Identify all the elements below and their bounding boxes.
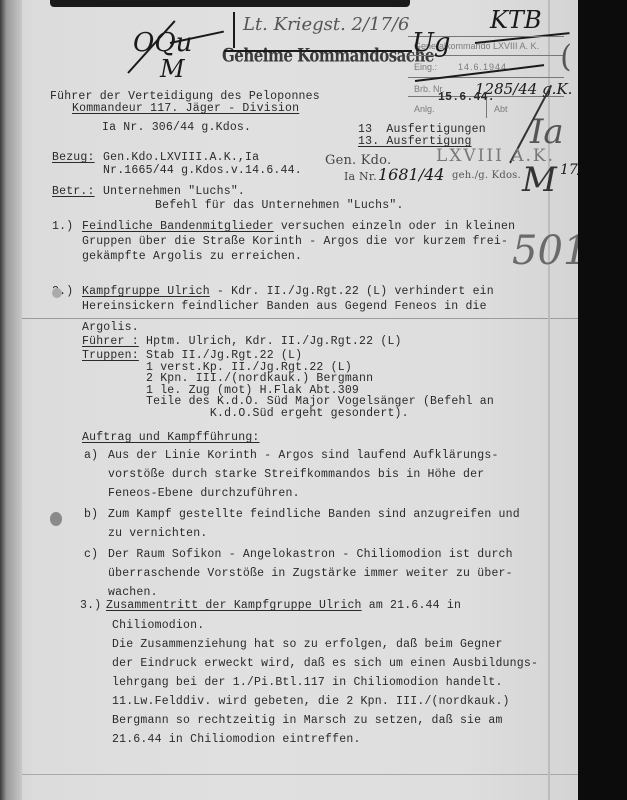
section1-line3: gekämpfte Argolis zu erreichen. [82,251,302,263]
section3-heading: Zusammentritt der Kampfgruppe Ulrich [106,599,362,612]
fold-line-bottom [22,774,578,775]
handwritten-initials: M [522,160,557,200]
auftrag-line: Aus der Linie Korinth - Argos sind laufe… [108,450,499,462]
section3-line: Die Zusammenziehung hat so zu erfolgen, … [112,639,503,651]
auftrag-letter: c) [84,549,98,561]
bezug-line1: Gen.Kdo.LXVIII.A.K.,Ia [103,152,259,164]
handwritten-ktb: KTB [490,6,542,34]
betr-subtitle: Befehl für das Unternehmen "Luchs". [155,200,404,212]
abt-label: Abt [494,104,508,114]
handwritten-date-stamp: 15.6.44. [438,92,495,104]
auftrag-heading: Auftrag und Kampfführung: [82,432,260,444]
page-left-edge [0,0,22,800]
handwritten-ia-number: 1681/44 [378,165,444,184]
truppen-label: Truppen: [82,350,139,362]
section3-line1: Zusammentritt der Kampfgruppe Ulrich am … [106,600,461,612]
bezug-line2: Nr.1665/44 g.Kdos.v.14.6.44. [103,165,302,177]
section2-line1: Kampfgruppe Ulrich - Kdr. II./Jg.Rgt.22 … [82,286,494,298]
betr-text: Unternehmen "Luchs". [103,186,245,198]
section3-line: Chiliomodion. [112,620,204,632]
truppen-item: 2 Kpn. III./(nordkauk.) Bergmann [146,373,373,385]
anlg-label: Anlg. [414,104,435,114]
auftrag-letter: b) [84,509,98,521]
auftrag-line: wachen. [108,587,158,599]
section3-line: 11.Lw.Felddiv. wird gebeten, die 2 Kpn. … [112,696,510,708]
eing-label: Eing.: [414,62,437,72]
handwritten-initial: M [160,55,185,83]
copies-total: 13 Ausfertigungen [358,124,486,136]
ia-nr-label: Ia Nr. [344,171,377,182]
corps-stamp: LXVIII A.K. [436,148,555,165]
section1-heading: Feindliche Bandenmitglieder [82,220,274,233]
auftrag-line: Der Raum Sofikon - Angelokastron - Chili… [108,549,513,561]
classification-stamp: Geheime Kommandosache [222,44,434,67]
punch-hole-mark [50,512,62,526]
ink-blemish [52,288,62,298]
handwritten-sig-date: 17/6 [560,162,578,178]
stamp-strike [224,50,412,52]
betr-label: Betr.: [52,186,95,198]
truppen-item: Stab II./Jg.Rgt.22 (L) [146,350,302,362]
section3-line: 21.6.44 in Chiliomodion eintreffen. [112,734,361,746]
sender-line2: Kommandeur 117. Jäger - Division [72,103,299,115]
section2-line2: Hereinsickern feindlicher Banden aus Geg… [82,301,487,313]
section3-line: lehrgang bei der 1./Pi.Btl.117 in Chilio… [112,677,503,689]
sender-line1: Führer der Verteidigung des Peloponnes [50,91,320,103]
section3-number: 3.) [80,600,101,612]
fold-line [22,318,578,319]
handwritten-kriegst: Lt. Kriegst. 2/17/6 [243,14,409,35]
kdos-suffix: geh./g. Kdos. [452,171,521,181]
fuehrer-label: Führer : [82,336,139,348]
auftrag-line: zu vernichten. [108,528,207,540]
document-page: OQu M Lt. Kriegst. 2/17/6 Geheime Komman… [0,0,578,800]
auftrag-line: vorstöße durch starke Streifkommandos bi… [108,469,484,481]
section1-number: 1.) [52,221,73,233]
truppen-item: Teile des K.d.O. Süd Major Vogelsänger (… [146,396,494,408]
top-shadow-strip [50,0,410,7]
vertical-pen-stroke [233,12,235,48]
section3-line: der Eindruck erweckt wird, daß es sich u… [112,658,538,670]
fuehrer-value: Hptm. Ulrich, Kdr. II./Jg.Rgt.22 (L) [146,336,402,348]
auftrag-line: Zum Kampf gestellte feindliche Banden si… [108,509,520,521]
auftrag-line: überraschende Vorstöße in Zugstärke imme… [108,568,513,580]
section2-heading: Kampfgruppe Ulrich [82,285,210,298]
section3-line: Bergmann so rechtzeitig in Marsch zu set… [112,715,503,727]
bezug-label: Bezug: [52,152,95,164]
sender-ref: Ia Nr. 306/44 g.Kdos. [102,122,251,134]
handwritten-signature: Ug [412,28,451,58]
auftrag-letter: a) [84,450,98,462]
section2-line3: Argolis. [82,322,139,334]
section1-line2: Gruppen über die Straße Korinth - Argos … [82,236,508,248]
handwritten-page-number: 501 [512,228,578,274]
auftrag-line: Feneos-Ebene durchzuführen. [108,488,300,500]
section1-line1: Feindliche Bandenmitglieder versuchen ei… [82,221,515,233]
truppen-item: K.d.O.Süd ergeht gesondert). [146,408,409,420]
